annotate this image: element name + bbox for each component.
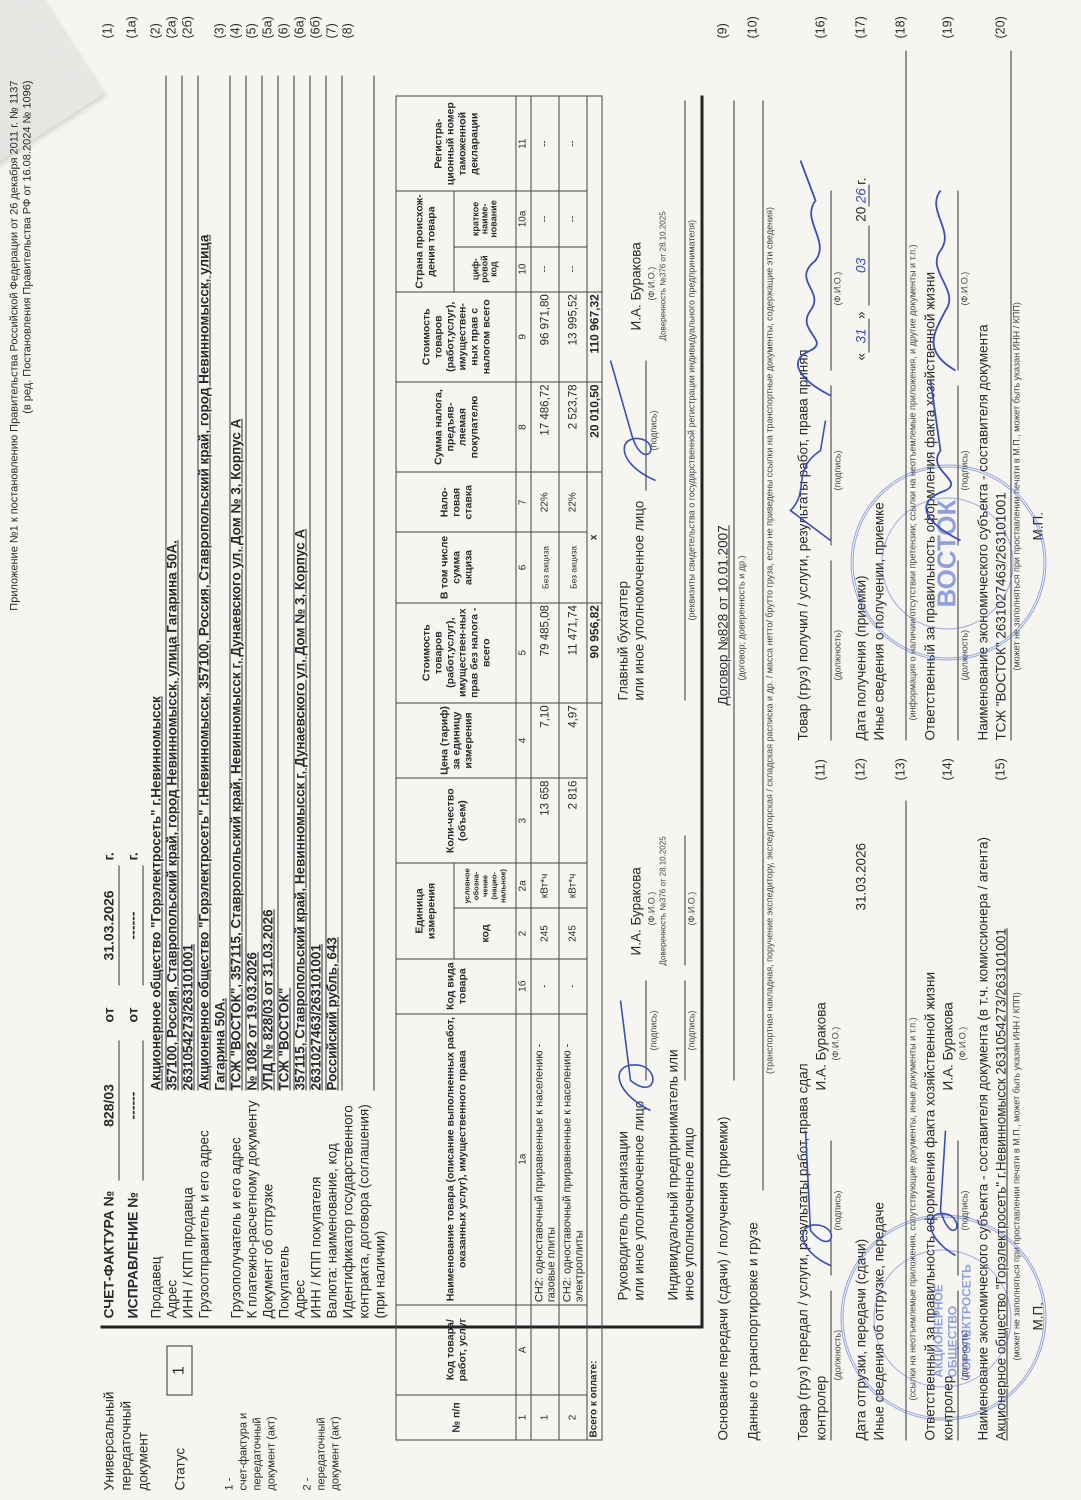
- field-line: [373, 75, 374, 1090]
- line-no-1a: (1а): [124, 16, 138, 38]
- field-line-number: (6): [276, 23, 290, 38]
- th-unit-code: код: [454, 908, 516, 958]
- recv-resp-signature: [905, 150, 975, 550]
- field-label: ИНН / КПП продавца: [180, 1187, 195, 1318]
- th-tax-rate: Нало-говая ставка: [396, 472, 516, 532]
- accountant-poa: Доверенность №376 от 28.10.2025: [658, 211, 667, 340]
- field-label: Продавец: [148, 1256, 163, 1318]
- transport-caption: (транспортная накладная, поручение экспе…: [764, 110, 775, 1170]
- cell-price: 4,97: [559, 702, 587, 777]
- field-line: [181, 75, 182, 1090]
- field-label: Покупатель: [276, 1245, 291, 1318]
- field-line-number: (4): [228, 23, 242, 38]
- basis-caption: (договор; доверенность и др.): [736, 555, 746, 680]
- ip-fio-line: [684, 835, 685, 965]
- header-note-line2: (в ред. Постановления Правительства РФ о…: [21, 80, 34, 610]
- correction-number-line: [142, 1040, 143, 1180]
- cell-country-code: --: [559, 246, 587, 291]
- correction-date-line: [142, 865, 143, 985]
- column-number: 8: [516, 381, 531, 471]
- field-line-number: (6а): [292, 16, 306, 38]
- line-no-18: (18): [893, 16, 907, 38]
- cell-code: [559, 1304, 587, 1394]
- head-label-l1: Руководитель организации: [615, 1100, 631, 1300]
- handed-signature: [785, 1120, 845, 1270]
- column-number: 4: [516, 702, 531, 777]
- header-note-line1: Приложение №1 к постановлению Правительс…: [8, 80, 21, 610]
- field-label: Адрес: [292, 1279, 307, 1318]
- th-num: № п/п: [396, 1394, 516, 1439]
- invoice-number-line: [118, 1040, 119, 1180]
- status-1-l1: 1 -: [222, 1412, 236, 1490]
- column-number: 3: [516, 778, 531, 863]
- handed-fio-caption: (Ф.И.О.): [830, 1026, 840, 1060]
- invoice-date-line: [118, 865, 119, 985]
- th-cost-with-tax: Стоимость товаров (работ,услуг), имущест…: [396, 291, 516, 381]
- cell-name: СН2: одноставочный приравненные к населе…: [531, 1013, 559, 1304]
- status-2-l3: документ (акт): [328, 1416, 342, 1490]
- status-2-desc: 2 - передаточный документ (акт): [300, 1416, 342, 1490]
- ship-resp-signature: [915, 1120, 970, 1260]
- line-no-13: (13): [893, 758, 907, 780]
- field-value: Акционерное общество "Горэлектросеть" г.…: [196, 234, 211, 1090]
- doc-type-l3: документ: [134, 1391, 151, 1490]
- head-poa: Доверенность №376 от 28.10.2025: [658, 836, 667, 965]
- accountant-signature: [600, 340, 670, 490]
- cell-total: 96 971,80: [531, 291, 559, 381]
- correction-date: ------: [124, 870, 140, 980]
- field-value: ТСЖ "ВОСТОК", 357115, Ставропольский кра…: [228, 418, 243, 1090]
- recv-signature: [780, 150, 840, 400]
- cell-excise: Без акциза: [531, 532, 559, 602]
- correction-title: ИСПРАВЛЕНИЕ №: [124, 1192, 140, 1318]
- field-value: 2631054273/263101001: [180, 944, 195, 1090]
- total-label: Всего к оплате:: [587, 702, 602, 1439]
- ship-resp-name: И.А. Буракова: [940, 1002, 955, 1090]
- field-line-number: (8): [340, 23, 354, 38]
- column-number: 1: [516, 1394, 531, 1439]
- field-value: 357100, Россия, Ставропольский край, гор…: [164, 540, 179, 1090]
- recv-year: 26: [853, 184, 869, 206]
- field-value: ТСЖ "ВОСТОК": [276, 987, 291, 1090]
- total-row: Всего к оплате: 90 956,82 x 20 010,50 11…: [587, 96, 602, 1440]
- status-1-desc: 1 - счет-фактура и передаточный документ…: [222, 1412, 278, 1490]
- recv-day: 31: [853, 318, 869, 352]
- cell-excise: Без акциза: [559, 532, 587, 602]
- ip-sign-line: [684, 980, 685, 1080]
- handed-position: контролер: [813, 1375, 828, 1440]
- head-signature: [600, 970, 670, 1120]
- table-row: 1СН2: одноставочный приравненные к насел…: [531, 96, 559, 1440]
- header-note: Приложение №1 к постановлению Правительс…: [8, 80, 34, 610]
- cell-tax: 17 486,72: [531, 381, 559, 471]
- column-number: 11: [516, 96, 531, 191]
- th-name: Наименование товара (описание выполненны…: [396, 1013, 516, 1304]
- cell-num: 1: [531, 1394, 559, 1439]
- field-value: 357115, Ставропольский край, Невинномысс…: [292, 528, 307, 1090]
- th-country-name: краткое наиме-нование: [454, 191, 516, 246]
- field-line-number: (5): [244, 23, 258, 38]
- cell-price: 7,10: [531, 702, 559, 777]
- column-number: 1б: [516, 958, 531, 1013]
- column-number: 10: [516, 246, 531, 291]
- th-tax-sum: Сумма налога, предъяв-ляемая покупателю: [396, 381, 516, 471]
- recv-date-value: «31»03 2026г.: [853, 177, 869, 360]
- accountant-label: Главный бухгалтер или иное уполномоченно…: [615, 500, 647, 700]
- th-cost-no-tax: Стоимость товаров (работ,услуг), имущест…: [396, 602, 516, 702]
- head-label: Руководитель организации или иное уполно…: [615, 1100, 647, 1300]
- handed-name: И.А. Буракова: [813, 1002, 828, 1090]
- cell-code: [531, 1304, 559, 1394]
- status-value-box: 1: [166, 1345, 192, 1395]
- field-label: Адрес: [164, 1279, 179, 1318]
- th-country: Страна происхож-дения товара: [396, 191, 454, 291]
- column-numbers-row: 1А1а1б22а34567891010а11: [516, 96, 531, 1440]
- field-label-cont: контракта, договора (соглашения): [356, 1104, 371, 1318]
- cell-cost: 11 471,74: [559, 602, 587, 702]
- line-no-14: (14): [940, 758, 954, 780]
- line-no-1: (1): [100, 23, 114, 38]
- field-line: [309, 75, 310, 1090]
- column-gap: [790, 757, 1040, 758]
- ip-sign-caption: (подпись): [686, 1010, 696, 1050]
- cell-country: --: [531, 191, 559, 246]
- basis-label: Основание передачи (сдачи) / получения (…: [715, 1116, 730, 1440]
- cell-total: 13 995,52: [559, 291, 587, 381]
- line-no-19: (19): [940, 16, 954, 38]
- invoice-date: 31.03.2026: [100, 870, 116, 980]
- ship-date-value: 31.03.2026: [853, 842, 868, 910]
- line-no-9: (9): [715, 23, 729, 38]
- doc-type-label: Универсальный передаточный документ: [100, 1391, 151, 1490]
- cell-num: 2: [559, 1394, 587, 1439]
- field-label: ИНН / КПП покупателя: [308, 1176, 323, 1318]
- line-no-10: (10): [745, 16, 759, 38]
- cell-cost: 79 485,08: [531, 602, 559, 702]
- accountant-label-l1: Главный бухгалтер: [615, 500, 631, 700]
- section-divider: [700, 95, 703, 1328]
- field-line-number: (2б): [180, 16, 194, 38]
- field-label: Идентификатор государственного: [340, 1105, 355, 1318]
- th-kind-code: Код вида товара: [396, 958, 516, 1013]
- th-country-code: циф-ровой код: [454, 246, 516, 291]
- th-customs: Регистра-ционный номер таможенной деклар…: [396, 96, 516, 191]
- invoice-from: от: [100, 1007, 116, 1022]
- field-line: [277, 75, 278, 1090]
- line-no-16: (16): [813, 16, 827, 38]
- field-label: К платежно-расчетному документу: [244, 1100, 259, 1318]
- cell-rate: 22%: [559, 472, 587, 532]
- cell-qty: 2 816: [559, 778, 587, 863]
- head-name: И.А. Буракова: [628, 867, 643, 955]
- recv-month: 03: [853, 225, 869, 305]
- total-tax: 20 010,50: [587, 381, 602, 471]
- field-label: Валюта: наименование, код: [324, 1143, 339, 1318]
- status-2-l1: 2 -: [300, 1416, 314, 1490]
- field-label: Документ об отгрузке: [260, 1183, 275, 1318]
- field-value: УПД № 828/03 от 31.03.2026: [260, 909, 275, 1090]
- goods-table: № п/п Код товара/ работ, услуг Наименова…: [395, 95, 602, 1440]
- doc-type-l2: передаточный: [117, 1391, 134, 1490]
- correction-year-suffix: г.: [124, 852, 140, 860]
- accountant-fio-caption: (Ф.И.О.): [646, 266, 656, 300]
- total-with-tax: 110 967,32: [587, 291, 602, 381]
- transport-label: Данные о транспортировке и грузе: [745, 1222, 760, 1440]
- status-1-l4: документ (акт): [264, 1412, 278, 1490]
- total-cost: 90 956,82: [587, 602, 602, 702]
- cell-name: СН2: одноставочный приравненные к населе…: [559, 1013, 587, 1304]
- cell-kind: -: [531, 958, 559, 1013]
- table-row: 2СН2: одноставочный приравненные к насел…: [559, 96, 587, 1440]
- field-value: Акционерное общество "Горэлектросеть" г.…: [148, 696, 163, 1090]
- cell-qty: 13 658: [531, 778, 559, 863]
- correction-number: ------: [124, 1040, 140, 1170]
- doc-type-l1: Универсальный: [100, 1391, 117, 1490]
- ip-cert-caption: (реквизиты свидетельства о государственн…: [686, 219, 696, 620]
- column-number: 10а: [516, 191, 531, 246]
- invoice-number: 828/03: [100, 1040, 116, 1170]
- cell-customs: --: [559, 96, 587, 191]
- status-1-l2: счет-фактура и: [236, 1412, 250, 1490]
- field-label: Грузоотправитель и его адрес: [196, 1130, 211, 1318]
- ship-resp-fio-caption: (Ф.И.О.): [957, 1026, 967, 1060]
- line-no-12: (12): [853, 758, 867, 780]
- field-value: 2631027463/263101001: [308, 944, 323, 1090]
- column-number: 1а: [516, 1013, 531, 1304]
- status-1-l3: передаточный: [250, 1412, 264, 1490]
- cell-unit: кВт*ч: [559, 863, 587, 908]
- field-line-number: (5а): [260, 16, 274, 38]
- recv-pos-caption: (должность): [832, 629, 842, 680]
- th-excise: В том числе сумма акциза: [396, 532, 516, 602]
- cell-rate: 22%: [531, 472, 559, 532]
- cell-unit-code: 245: [559, 908, 587, 958]
- ip-cert-line: [684, 100, 685, 700]
- th-code: Код товара/ работ, услуг: [396, 1304, 516, 1394]
- handed-pos-caption: (должность): [832, 1329, 842, 1380]
- th-price: Цена (тариф) за единицу измерения: [396, 702, 516, 777]
- column-number: 7: [516, 472, 531, 532]
- cell-unit-code: 245: [531, 908, 559, 958]
- accountant-name: И.А. Буракова: [628, 242, 643, 330]
- basis-line: [733, 100, 734, 1080]
- field-value-cont: Гагарина 50А.: [212, 997, 227, 1090]
- cell-kind: -: [559, 958, 587, 1013]
- head-fio-caption: (Ф.И.О.): [646, 891, 656, 925]
- recv-sign-scribble: [780, 410, 840, 550]
- field-value: № 1082 от 19.03.2026: [244, 952, 259, 1090]
- field-line-number: (6б): [308, 16, 322, 38]
- column-number: 6: [516, 532, 531, 602]
- status-2-l2: передаточный: [314, 1416, 328, 1490]
- invoice-year-suffix: г.: [100, 852, 116, 860]
- invoice-title: СЧЕТ-ФАКТУРА №: [100, 1190, 116, 1318]
- field-line: [245, 75, 246, 1090]
- th-unit-name: условное обозна-чение (нацио-нальное): [454, 863, 516, 908]
- field-value: Российский рубль, 643: [324, 937, 339, 1090]
- line-no-20: (20): [993, 16, 1007, 38]
- field-line: [341, 75, 342, 1090]
- th-qty: Коли-чество (объем): [396, 778, 516, 863]
- ip-fio-caption: (Ф.И.О.): [686, 891, 696, 925]
- handed-pos-line: [830, 1290, 831, 1440]
- column-number: 2: [516, 908, 531, 958]
- th-unit: Единица измерения: [396, 863, 454, 958]
- basis-value: Договор №828 от 10.01.2007: [715, 525, 730, 705]
- field-line-number: (2а): [164, 16, 178, 38]
- cell-unit: кВт*ч: [531, 863, 559, 908]
- field-label: Грузополучатель и его адрес: [228, 1137, 243, 1318]
- cell-country-code: --: [531, 246, 559, 291]
- document-page: Приложение №1 к постановлению Правительс…: [0, 0, 1081, 1500]
- head-label-l2: или иное уполномоченное лицо: [631, 1100, 647, 1300]
- total-excise: x: [587, 472, 602, 602]
- accountant-label-l2: или иное уполномоченное лицо: [631, 500, 647, 700]
- line-no-15: (15): [993, 758, 1007, 780]
- column-number: 9: [516, 291, 531, 381]
- column-number: 5: [516, 602, 531, 702]
- field-label-cont: (при наличии): [372, 1230, 387, 1318]
- recv-pos-line: [830, 560, 831, 740]
- field-line-number: (2): [148, 23, 162, 38]
- cell-tax: 2 523,78: [559, 381, 587, 471]
- column-number: А: [516, 1304, 531, 1394]
- cell-customs: --: [531, 96, 559, 191]
- cell-country: --: [559, 191, 587, 246]
- line-no-11: (11): [813, 759, 827, 780]
- status-label: Статус: [172, 1447, 187, 1490]
- line-no-17: (17): [853, 16, 867, 38]
- field-line-number: (7): [324, 23, 338, 38]
- correction-from: от: [124, 1007, 140, 1022]
- column-number: 2а: [516, 863, 531, 908]
- ip-label-l2: иное уполномоченное лицо: [681, 1049, 697, 1300]
- transport-line: [762, 100, 763, 1190]
- field-line-number: (3): [212, 23, 226, 38]
